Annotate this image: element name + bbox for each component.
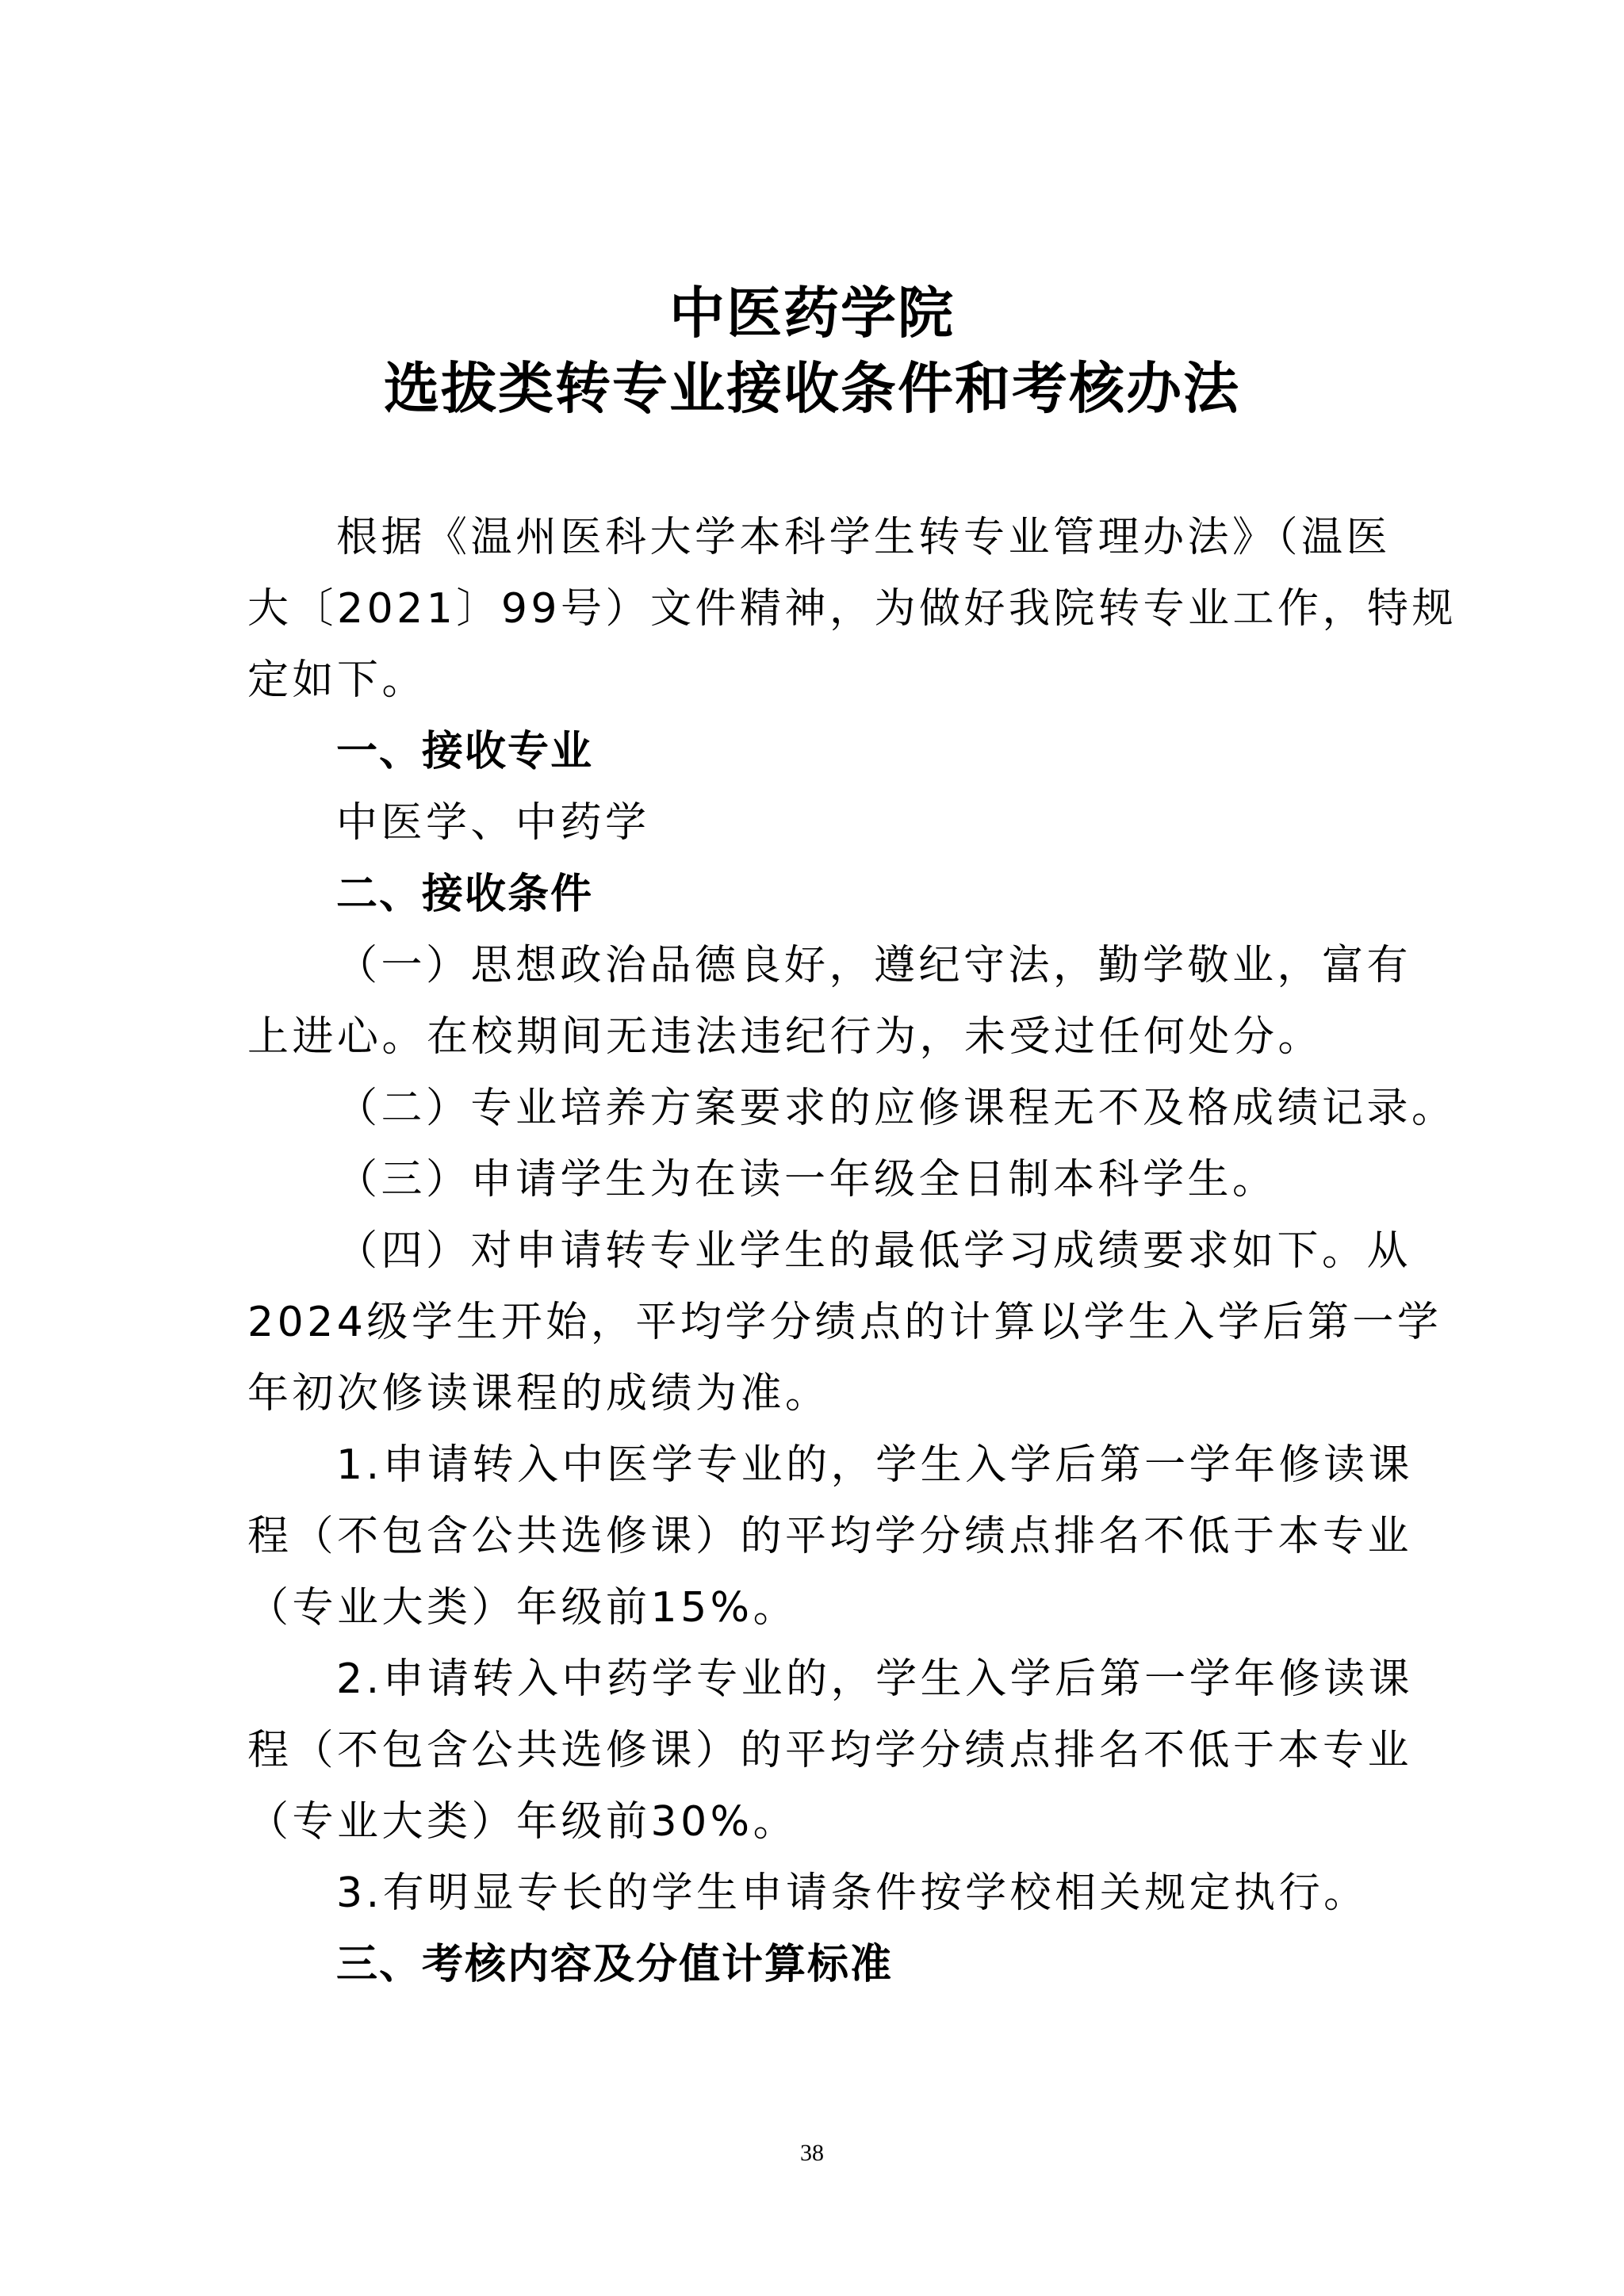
- intro-paragraph-line-2: 大〔2021〕99号）文件精神，为做好我院转专业工作，特规: [247, 573, 1389, 645]
- condition-4-line-1: （四）对申请转专业学生的最低学习成绩要求如下。从: [336, 1215, 1391, 1287]
- sub-item-3: 3.有明显专长的学生申请条件按学校相关规定执行。: [336, 1858, 1391, 1929]
- sub-item-1-line-1: 1.申请转入中医学专业的，学生入学后第一学年修读课: [336, 1429, 1391, 1501]
- section-3-heading: 三、考核内容及分值计算标准: [336, 1929, 1391, 2000]
- condition-3: （三）申请学生为在读一年级全日制本科学生。: [336, 1144, 1391, 1215]
- condition-1-line-1: （一）思想政治品德良好，遵纪守法，勤学敬业，富有: [336, 930, 1391, 1001]
- condition-2: （二）专业培养方案要求的应修课程无不及格成绩记录。: [336, 1073, 1391, 1144]
- sub-item-1-line-3: （专业大类）年级前15%。: [247, 1572, 1389, 1644]
- section-1-content: 中医学、中药学: [336, 787, 1391, 859]
- condition-1-line-2: 上进心。在校期间无违法违纪行为，未受过任何处分。: [247, 1001, 1389, 1073]
- intro-paragraph-line-3: 定如下。: [247, 645, 1389, 716]
- sub-item-2-line-3: （专业大类）年级前30%。: [247, 1786, 1389, 1858]
- section-2-heading: 二、接收条件: [336, 859, 1391, 930]
- sub-item-2-line-2: 程（不包含公共选修课）的平均学分绩点排名不低于本专业: [247, 1715, 1389, 1786]
- sub-item-2-line-1: 2.申请转入中药学专业的，学生入学后第一学年修读课: [336, 1644, 1391, 1715]
- condition-4-line-2: 2024级学生开始，平均学分绩点的计算以学生入学后第一学: [247, 1287, 1389, 1358]
- page-number: 38: [0, 2137, 1624, 2169]
- document-title-line-2: 选拔类转专业接收条件和考核办法: [0, 353, 1624, 424]
- document-page: 中医药学院 选拔类转专业接收条件和考核办法 根据《温州医科大学本科学生转专业管理…: [0, 0, 1624, 2296]
- intro-paragraph-line-1: 根据《温州医科大学本科学生转专业管理办法》（温医: [336, 502, 1391, 573]
- section-1-heading: 一、接收专业: [336, 716, 1391, 787]
- document-title-line-1: 中医药学院: [0, 277, 1624, 349]
- sub-item-1-line-2: 程（不包含公共选修课）的平均学分绩点排名不低于本专业: [247, 1501, 1389, 1572]
- condition-4-line-3: 年初次修读课程的成绩为准。: [247, 1358, 1389, 1429]
